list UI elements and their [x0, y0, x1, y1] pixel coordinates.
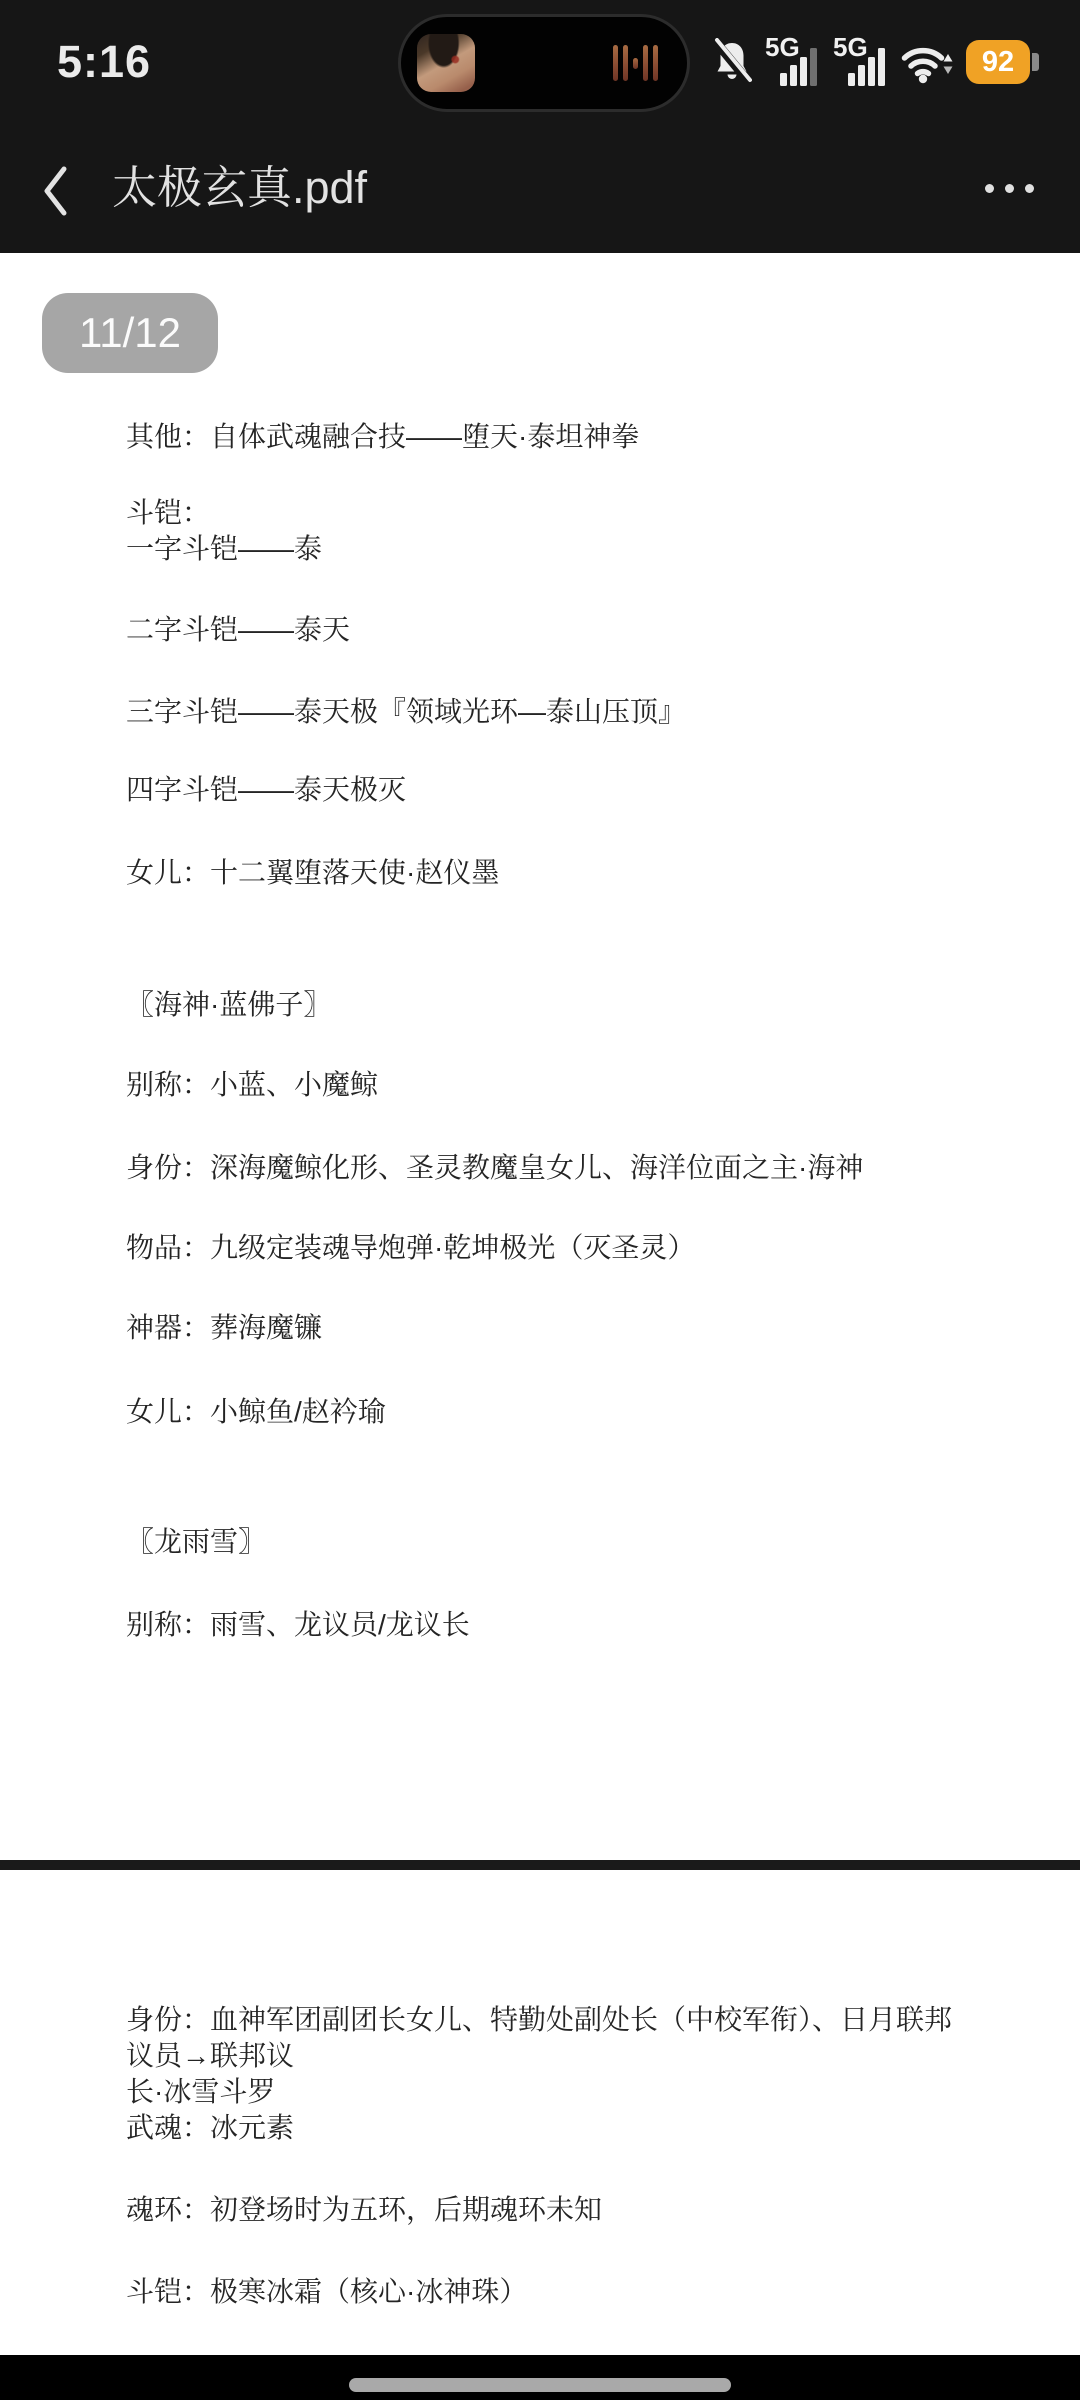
more-options-button[interactable] — [985, 168, 1045, 208]
status-icon-cluster: 5G 5G 92 — [712, 34, 1030, 86]
signal-5g-sim1-icon: 5G — [765, 34, 820, 86]
status-time: 5:16 — [57, 36, 151, 88]
audio-waveform-icon — [613, 43, 658, 83]
chevron-left-icon — [40, 164, 70, 218]
pdf-paragraph: 神器：葬海魔镰 — [126, 1310, 961, 1346]
page-indicator-badge: 11/12 — [42, 293, 218, 373]
pdf-paragraph: 魂环：初登场时为五环，后期魂环未知 — [126, 2192, 961, 2228]
pdf-paragraph: 别称：小蓝、小魔鲸 — [126, 1067, 961, 1103]
wifi-icon — [901, 42, 953, 84]
pdf-paragraph: 身份：血神军团副团长女儿、特勤处副处长（中校军衔）、日月联邦议员→联邦议 长·冰… — [126, 2002, 961, 2110]
pdf-paragraph: 〖海神·蓝佛子〗 — [126, 987, 961, 1023]
page-indicator-text: 11/12 — [79, 309, 181, 357]
notifications-muted-icon — [712, 38, 752, 84]
pdf-paragraph: 其他：自体武魂融合技——堕天·泰坦神拳 — [126, 419, 961, 455]
home-indicator[interactable] — [349, 2378, 731, 2392]
back-button[interactable] — [40, 163, 84, 219]
pdf-paragraph: 物品：九级定装魂导炮弹·乾坤极光（灭圣灵） — [126, 1230, 961, 1266]
document-title: 太极玄真.pdf — [112, 160, 367, 216]
album-art — [417, 34, 475, 92]
pdf-paragraph: 女儿：十二翼堕落天使·赵仪墨 — [126, 855, 961, 891]
signal-5g-sim2-icon: 5G — [833, 34, 888, 86]
pdf-paragraph: 武魂：冰元素 — [126, 2110, 961, 2146]
battery-icon: 92 — [966, 40, 1030, 84]
pdf-paragraph: 身份：深海魔鲸化形、圣灵教魔皇女儿、海洋位面之主·海神 — [126, 1150, 961, 1186]
page-divider — [0, 1860, 1080, 1870]
pdf-paragraph: 〖龙雨雪〗 — [126, 1524, 961, 1560]
gesture-bar — [0, 2355, 1080, 2400]
pdf-paragraph: 斗铠：极寒冰霜（核心·冰神珠） — [126, 2274, 961, 2310]
pdf-paragraph: 四字斗铠——泰天极灭 — [126, 772, 961, 808]
header-bar: 5:16 5G 5G — [0, 0, 1080, 253]
more-horizontal-icon — [985, 184, 994, 193]
pdf-paragraph: 女儿：小鲸鱼/赵衿瑜 — [126, 1394, 961, 1430]
battery-percent: 92 — [982, 46, 1014, 79]
pdf-paragraph: 斗铠： 一字斗铠——泰 — [126, 495, 961, 567]
media-player-pill[interactable] — [398, 14, 690, 112]
pdf-paragraph: 别称：雨雪、龙议员/龙议长 — [126, 1607, 961, 1643]
pdf-paragraph: 三字斗铠——泰天极『领域光环—泰山压顶』 — [126, 694, 961, 730]
pdf-paragraph: 二字斗铠——泰天 — [126, 612, 961, 648]
